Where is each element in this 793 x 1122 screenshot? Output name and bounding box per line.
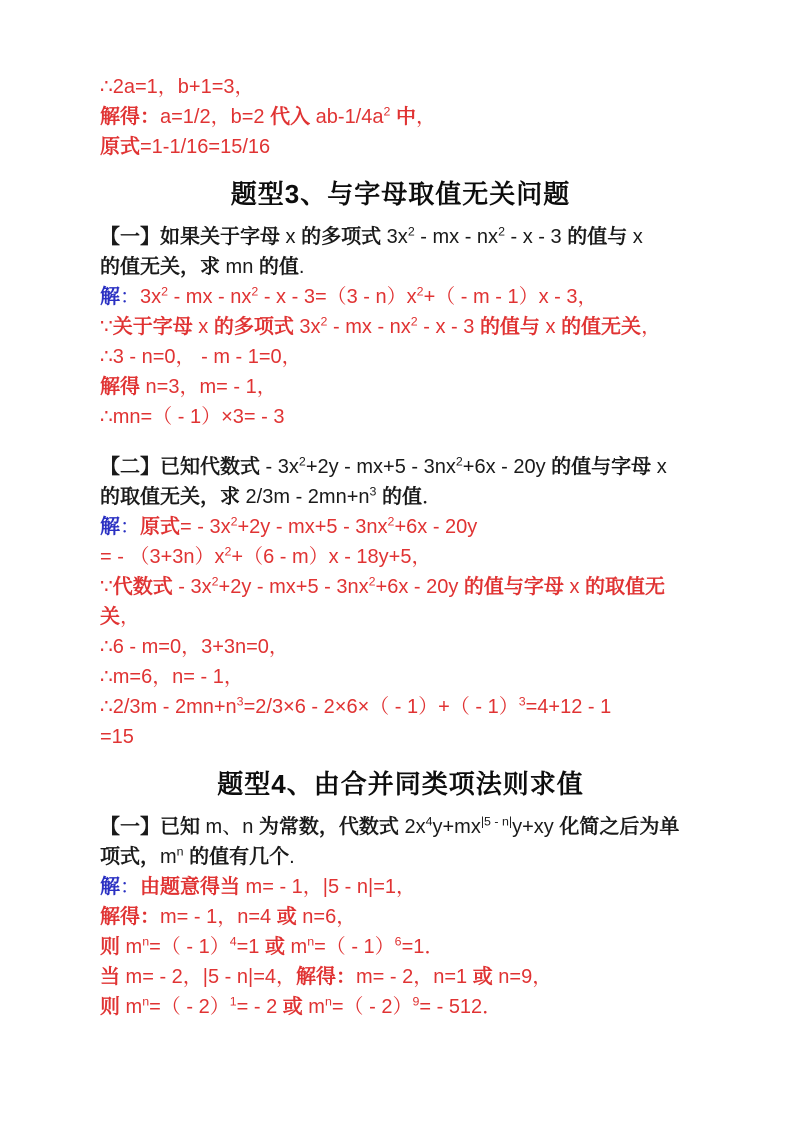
text-segment: =（ - 1） [149, 936, 230, 958]
superscript-segment: 4 [426, 814, 433, 828]
text-segment: m [303, 996, 325, 1018]
text-segment: ∵ [100, 576, 113, 598]
text-segment: =（ - 2） [332, 996, 413, 1018]
text-segment: m [160, 846, 177, 868]
text-line: 的值无关，求 mn 的值. [100, 252, 701, 282]
text-segment: 化简之后为单 [559, 816, 679, 838]
text-line: 原式=1-1/16=15/16 [100, 132, 701, 162]
text-segment: =1． [402, 936, 445, 958]
superscript-segment: 2 [417, 284, 424, 298]
text-segment: 3x [381, 226, 408, 248]
text-segment: m= - 2，|5 - n|=4， [120, 966, 296, 988]
text-segment: ， [120, 606, 140, 628]
text-line: ∴3 - n=0， - m - 1=0， [100, 342, 701, 372]
text-segment: 的多项式 [214, 316, 294, 338]
text-segment: +（ - m - 1）x - 3， [424, 286, 598, 308]
text-segment: - 3x [260, 456, 299, 478]
text-segment: x [627, 226, 643, 248]
text-segment: 的值无关，求 [100, 256, 220, 278]
text-segment: ． [422, 486, 442, 508]
text-segment: 解 [100, 516, 120, 538]
text-segment: 中 [390, 106, 416, 128]
text-line: 【一】已知 m、n 为常数，代数式 2x4y+mx|5 - n|y+xy 化简之… [100, 812, 701, 842]
text-line: ∵关于字母 x 的多项式 3x2 - mx - nx2 - x - 3 的值与 … [100, 312, 701, 342]
text-line: 解得：a=1/2，b=2 代入 ab-1/4a2 中， [100, 102, 701, 132]
text-segment: n=9， [493, 966, 552, 988]
text-segment: 解得： [296, 966, 356, 988]
text-line: 解：3x2 - mx - nx2 - x - 3=（3 - n）x2+（ - m… [100, 282, 701, 312]
superscript-segment: |5 - n| [481, 814, 512, 828]
text-segment: x [540, 316, 561, 338]
text-segment: 项式， [100, 846, 160, 868]
text-segment: = - 3x [180, 516, 231, 538]
text-segment: m [120, 936, 142, 958]
text-segment: 2/3m - 2mn+n [240, 486, 370, 508]
text-segment: ∴6 - m=0，3+3n=0， [100, 636, 289, 658]
text-segment: 解 [100, 286, 120, 308]
superscript-segment: 3 [519, 694, 526, 708]
text-line: 解得：m= - 1，n=4 或 n=6， [100, 902, 701, 932]
text-segment: a=1/2，b=2 [160, 106, 270, 128]
text-line: ∵代数式 - 3x2+2y - mx+5 - 3nx2+6x - 20y 的值与… [100, 572, 701, 602]
text-segment: 或 [473, 966, 493, 988]
text-segment: 代数式 [113, 576, 173, 598]
text-segment: y+mx [433, 816, 481, 838]
text-segment: 解得： [100, 906, 160, 928]
text-line: 解得 n=3，m= - 1， [100, 372, 701, 402]
superscript-segment: 1 [230, 994, 237, 1008]
text-segment: 或 [265, 936, 285, 958]
text-segment: - mx - nx [415, 226, 498, 248]
text-segment: 的值无关 [561, 316, 641, 338]
text-segment: 由题意得当 [140, 876, 240, 898]
text-segment: =1-1/16=15/16 [140, 136, 270, 158]
text-segment: m= - 1，n=4 [160, 906, 277, 928]
text-segment: =（ - 2） [149, 996, 230, 1018]
text-segment: 则 [100, 996, 120, 1018]
text-segment: m= - 2，n=1 [356, 966, 473, 988]
text-segment: +（6 - m）x - 18y+5， [231, 546, 431, 568]
text-segment: - 3x [173, 576, 212, 598]
text-segment: 或 [283, 996, 303, 1018]
text-segment: 关于字母 [113, 316, 193, 338]
text-segment: 代入 [270, 106, 316, 128]
text-segment: x [651, 456, 667, 478]
text-line: ∴6 - m=0，3+3n=0， [100, 632, 701, 662]
text-segment: 的值与 [480, 316, 540, 338]
superscript-segment: 2 [411, 314, 418, 328]
text-line: ∴2/3m - 2mn+n3=2/3×6 - 2×6×（ - 1）+（ - 1）… [100, 692, 701, 722]
text-segment: ， [416, 106, 436, 128]
text-segment: m、n [200, 816, 259, 838]
text-segment: +6x - 20y [376, 576, 464, 598]
text-segment: ∴2a=1，b+1=3， [100, 76, 255, 98]
text-segment: 解得： [100, 106, 160, 128]
superscript-segment: 2 [369, 574, 376, 588]
text-segment: y+xy [512, 816, 559, 838]
text-segment: n=3，m= - 1， [140, 376, 277, 398]
text-segment: ∴3 - n=0， - m - 1=0， [100, 346, 302, 368]
text-line: 解：原式= - 3x2+2y - mx+5 - 3nx2+6x - 20y [100, 512, 701, 542]
text-segment: +6x - 20y [463, 456, 551, 478]
text-segment: x [564, 576, 585, 598]
text-segment: 2x [399, 816, 426, 838]
text-segment: +2y - mx+5 - 3nx [219, 576, 369, 598]
text-segment: ∴mn=（ - 1）×3= - 3 [100, 406, 284, 428]
text-segment: ： [120, 516, 140, 538]
text-line: 关， [100, 602, 701, 632]
text-line: =15 [100, 722, 701, 752]
text-segment: - mx - nx [168, 286, 251, 308]
superscript-segment: n [177, 844, 184, 858]
text-segment: 的值有几个 [189, 846, 289, 868]
text-line: 则 mn=（ - 1）4=1 或 mn=（ - 1）6=1． [100, 932, 701, 962]
superscript-segment: 4 [230, 934, 237, 948]
text-segment: +2y - mx+5 - 3nx [237, 516, 387, 538]
superscript-segment: n [325, 994, 332, 1008]
text-segment: n=6， [297, 906, 356, 928]
text-line: 当 m= - 2，|5 - n|=4，解得：m= - 2，n=1 或 n=9， [100, 962, 701, 992]
text-segment: 当 [100, 966, 120, 988]
text-line: ∴mn=（ - 1）×3= - 3 [100, 402, 701, 432]
text-segment: ， [641, 316, 661, 338]
text-segment: +6x - 20y [394, 516, 477, 538]
text-line: 则 mn=（ - 2）1= - 2 或 mn=（ - 2）9= - 512． [100, 992, 701, 1022]
text-segment: x [280, 226, 301, 248]
text-segment: ∴2/3m - 2mn+n [100, 696, 237, 718]
superscript-segment: 2 [456, 454, 463, 468]
text-segment: 的值与字母 [464, 576, 564, 598]
superscript-segment: 2 [161, 284, 168, 298]
text-segment: 或 [277, 906, 297, 928]
text-line: = - （3+3n）x2+（6 - m）x - 18y+5， [100, 542, 701, 572]
text-segment: =4+12 - 1 [526, 696, 612, 718]
text-segment: x [193, 316, 214, 338]
text-segment: 关 [100, 606, 120, 628]
text-segment: +2y - mx+5 - 3nx [306, 456, 456, 478]
text-segment: 解得 [100, 376, 140, 398]
text-segment: 的取值无关，求 [100, 486, 240, 508]
text-segment: - mx - nx [327, 316, 410, 338]
text-segment: m [120, 996, 142, 1018]
text-line: 解：由题意得当 m= - 1，|5 - n|=1， [100, 872, 701, 902]
text-segment: - x - 3 [505, 226, 567, 248]
text-segment: 解 [100, 876, 120, 898]
text-segment: =2/3×6 - 2×6×（ - 1）+（ - 1） [244, 696, 519, 718]
superscript-segment: 2 [498, 224, 505, 238]
text-segment: - x - 3 [418, 316, 480, 338]
superscript-segment: 2 [408, 224, 415, 238]
document-content: ∴2a=1，b+1=3，解得：a=1/2，b=2 代入 ab-1/4a2 中，原… [100, 72, 701, 1022]
text-segment: . [289, 846, 295, 868]
text-segment: =1 [237, 936, 265, 958]
text-segment: m= - 1，|5 - n|=1， [240, 876, 416, 898]
document-page: ∴2a=1，b+1=3，解得：a=1/2，b=2 代入 ab-1/4a2 中，原… [0, 0, 793, 1122]
text-line: 【二】已知代数式 - 3x2+2y - mx+5 - 3nx2+6x - 20y… [100, 452, 701, 482]
text-segment: 的值 [382, 486, 422, 508]
text-segment: = - 512． [419, 996, 502, 1018]
text-segment: ab-1/4a [316, 106, 384, 128]
text-segment: =15 [100, 726, 134, 748]
text-segment: 原式 [140, 516, 180, 538]
text-line: ∴m=6，n= - 1， [100, 662, 701, 692]
superscript-segment: 3 [237, 694, 244, 708]
text-segment: ： [120, 286, 140, 308]
text-segment: 原式 [100, 136, 140, 158]
text-line: 的取值无关，求 2/3m - 2mn+n3 的值． [100, 482, 701, 512]
text-line: 【一】如果关于字母 x 的多项式 3x2 - mx - nx2 - x - 3 … [100, 222, 701, 252]
text-line: 项式，mn 的值有几个. [100, 842, 701, 872]
section-heading: 题型3、与字母取值无关问题 [100, 175, 701, 213]
superscript-segment: 2 [299, 454, 306, 468]
superscript-segment: 2 [212, 574, 219, 588]
text-segment: 为常数，代数式 [259, 816, 399, 838]
text-segment: 的值 [259, 256, 299, 278]
text-segment: m [285, 936, 307, 958]
text-segment: . [299, 256, 305, 278]
text-segment: 的多项式 [301, 226, 381, 248]
text-segment: 【一】已知 [100, 816, 200, 838]
text-segment: 的值与字母 [551, 456, 651, 478]
section-heading: 题型4、由合并同类项法则求值 [100, 765, 701, 803]
text-segment: 【二】已知代数式 [100, 456, 260, 478]
text-segment: =（ - 1） [314, 936, 395, 958]
text-segment: ∴m=6，n= - 1， [100, 666, 244, 688]
text-segment: 3x [140, 286, 161, 308]
text-segment: - x - 3=（3 - n）x [258, 286, 416, 308]
text-line: ∴2a=1，b+1=3， [100, 72, 701, 102]
superscript-segment: 6 [395, 934, 402, 948]
text-segment: 的取值无 [585, 576, 665, 598]
text-segment: = - 2 [237, 996, 283, 1018]
text-segment: ∵ [100, 316, 113, 338]
text-segment: 则 [100, 936, 120, 958]
text-segment: 的值与 [567, 226, 627, 248]
text-segment: mn [220, 256, 259, 278]
text-segment: ： [120, 876, 140, 898]
text-segment: 【一】如果关于字母 [100, 226, 280, 248]
text-segment: 3x [294, 316, 321, 338]
text-segment: = - （3+3n）x [100, 546, 225, 568]
